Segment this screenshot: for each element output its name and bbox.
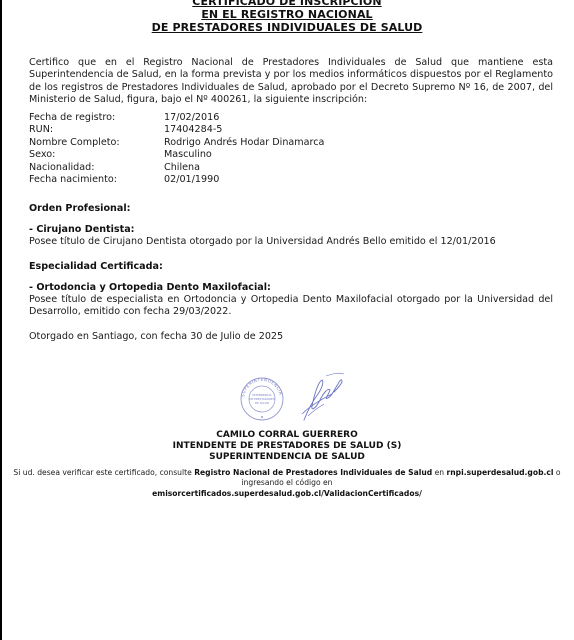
field-fecha-registro: Fecha de registro: 17/02/2016 [29,112,324,124]
registration-fields: Fecha de registro: 17/02/2016 RUN: 17404… [29,112,324,186]
field-nacionalidad: Nacionalidad: Chilena [29,162,324,174]
official-seal-icon: SUPERINTENDENCIA DE SALUD INTENDENCIA DE… [236,376,288,422]
signature-icon [298,370,346,426]
rnpi-link[interactable]: rnpi.superdesalud.gob.cl [447,468,554,477]
field-label: Nombre Completo: [29,137,164,149]
field-value: 17404284-5 [164,124,222,136]
validation-link[interactable]: emisorcertificados.superdesalud.gob.cl/V… [152,489,422,498]
ortodoncia-text: Posee título de especialista en Ortodonc… [29,294,553,319]
field-label: Fecha nacimiento: [29,174,164,186]
field-label: Sexo: [29,149,164,161]
svg-text:DE SALUD: DE SALUD [255,401,269,405]
title-line-3: DE PRESTADORES INDIVIDUALES DE SALUD [0,21,574,34]
field-value: 17/02/2016 [164,112,219,124]
field-value: Rodrigo Andrés Hodar Dinamarca [164,137,324,149]
field-value: Masculino [164,149,212,161]
field-label: RUN: [29,124,164,136]
ortodoncia-title: - Ortodoncia y Ortopedia Dento Maxilofac… [29,282,271,294]
certificate-title: CERTIFICADO DE INSCRIPCION EN EL REGISTR… [0,0,574,34]
especialidad-heading: Especialidad Certificada: [29,261,163,273]
title-line-1: CERTIFICADO DE INSCRIPCION [0,0,574,8]
registry-name: Registro Nacional de Prestadores Individ… [194,468,432,477]
verify-text-2: en [432,468,446,477]
field-fecha-nacimiento: Fecha nacimiento: 02/01/1990 [29,174,324,186]
signer-name: CAMILO CORRAL GUERRERO [0,430,574,441]
cirujano-dentista-text: Posee título de Cirujano Dentista otorga… [29,236,553,248]
field-label: Nacionalidad: [29,162,164,174]
field-sexo: Sexo: Masculino [29,149,324,161]
field-run: RUN: 17404284-5 [29,124,324,136]
field-value: Chilena [164,162,200,174]
signer-block: CAMILO CORRAL GUERRERO INTENDENTE DE PRE… [0,430,574,464]
signer-role: INTENDENTE DE PRESTADORES DE SALUD (S) [0,441,574,452]
field-label: Fecha de registro: [29,112,164,124]
verification-note: Si ud. desea verificar este certificado,… [0,468,574,499]
otorgado-line: Otorgado en Santiago, con fecha 30 de Ju… [29,331,553,343]
field-value: 02/01/1990 [164,174,219,186]
orden-profesional-heading: Orden Profesional: [29,203,130,215]
intro-paragraph: Certifico que en el Registro Nacional de… [29,57,553,107]
verify-text-1: Si ud. desea verificar este certificado,… [13,468,194,477]
field-nombre: Nombre Completo: Rodrigo Andrés Hodar Di… [29,137,324,149]
cirujano-dentista-title: - Cirujano Dentista: [29,224,135,236]
title-line-2: EN EL REGISTRO NACIONAL [0,8,574,21]
certificate-page: CERTIFICADO DE INSCRIPCION EN EL REGISTR… [0,0,574,640]
signer-org: SUPERINTENDENCIA DE SALUD [0,452,574,463]
